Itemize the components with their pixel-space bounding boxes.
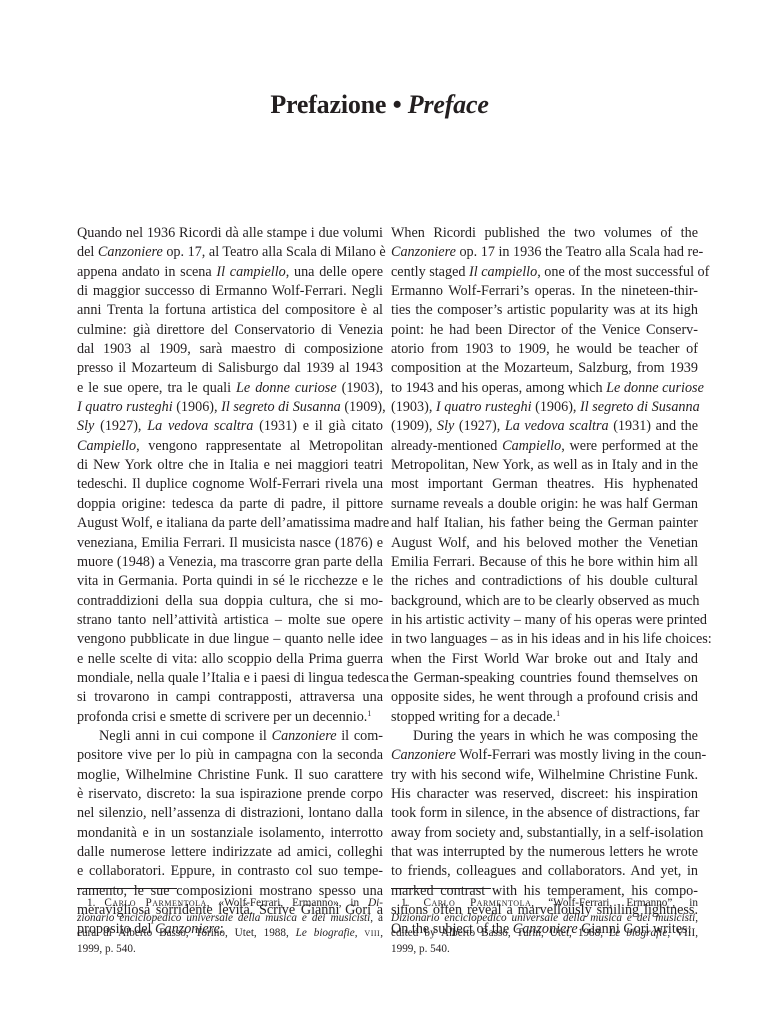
footnote-rule-italian bbox=[77, 888, 177, 889]
text-line: the German-speaking countries found them… bbox=[391, 669, 698, 688]
text-line: the riches and contradictions of his dou… bbox=[391, 572, 698, 591]
text-line: tedeschi. Il duplice cognome Wolf-Ferrar… bbox=[77, 475, 383, 494]
text-line: e le sue opere, tra le quali Le donne cu… bbox=[77, 379, 383, 398]
footnote-italian: 1. Carlo Parmentola, «Wolf-Ferrari, Erma… bbox=[77, 896, 383, 957]
footnote-line: zionario enciclopedico universale della … bbox=[77, 911, 383, 926]
text-line: Negli anni in cui compone il Canzoniere … bbox=[77, 727, 383, 746]
text-line: Sly (1927), La vedova scaltra (1931) e i… bbox=[77, 417, 383, 436]
text-line: di New York oltre che in Italia e nei ma… bbox=[77, 456, 383, 475]
text-line: dalle numerose lettere indirizzate ad am… bbox=[77, 843, 383, 862]
text-line: vita in Germania. Porta quindi in sé le … bbox=[77, 572, 383, 591]
text-line: mondiale, nella quale l’Italia e i paesi… bbox=[77, 669, 383, 688]
footnote-english: 1. Carlo Parmentola, “Wolf-Ferrari, Erma… bbox=[391, 896, 698, 957]
text-line: atorio from 1903 to 1909, he would be te… bbox=[391, 340, 698, 359]
text-line: August Wolf, and his beloved mother the … bbox=[391, 534, 698, 553]
text-line: During the years in which he was composi… bbox=[391, 727, 698, 746]
italian-column: Quando nel 1936 Ricordi dà alle stampe i… bbox=[77, 224, 383, 940]
footnote-line: edited by Alberto Basso, Turin, Utet, 19… bbox=[391, 926, 698, 941]
text-line: composition at the Mozarteum, Salzburg, … bbox=[391, 359, 698, 378]
text-line: surname reveals a double origin: he was … bbox=[391, 495, 698, 514]
text-line: background, which are to be clearly obse… bbox=[391, 592, 698, 611]
text-line: stopped writing for a decade.1 bbox=[391, 708, 698, 727]
text-line: when the First World War broke out and I… bbox=[391, 650, 698, 669]
text-line: mondanità e in un sostanziale isolamento… bbox=[77, 824, 383, 843]
footnote-line: 1. Carlo Parmentola, «Wolf-Ferrari, Erma… bbox=[77, 896, 383, 911]
english-column: When Ricordi published the two volumes o… bbox=[391, 224, 698, 940]
text-line: di maggior successo di Ermanno Wolf-Ferr… bbox=[77, 282, 383, 301]
text-line: in two languages – as in his ideas and i… bbox=[391, 630, 698, 649]
text-line: When Ricordi published the two volumes o… bbox=[391, 224, 698, 243]
text-line: Canzoniere op. 17 in 1936 the Teatro all… bbox=[391, 243, 698, 262]
text-line: positore vive per lo più in campagna con… bbox=[77, 746, 383, 765]
text-line: Metropolitan, New York, as well as in It… bbox=[391, 456, 698, 475]
text-line: contraddizioni della sua doppia cultura,… bbox=[77, 592, 383, 611]
title-italian: Prefazione bbox=[270, 90, 386, 119]
text-line: profonda crisi e smette di scrivere per … bbox=[77, 708, 383, 727]
text-line: that was interrupted by the numerous let… bbox=[391, 843, 698, 862]
text-line: Canzoniere Wolf-Ferrari was mostly livin… bbox=[391, 746, 698, 765]
text-line: doppia origine: tedesca da parte di padr… bbox=[77, 495, 383, 514]
text-line: presso il Mozarteum di Salisburgo dal 19… bbox=[77, 359, 383, 378]
text-line: del Canzoniere op. 17, al Teatro alla Sc… bbox=[77, 243, 383, 262]
text-line: cently staged Il campiello, one of the m… bbox=[391, 263, 698, 282]
text-line: to 1943 and his operas, among which Le d… bbox=[391, 379, 698, 398]
text-line: Ermanno Wolf-Ferrari’s operas. In the ni… bbox=[391, 282, 698, 301]
text-line: Quando nel 1936 Ricordi dà alle stampe i… bbox=[77, 224, 383, 243]
text-line: His character was reserved, discreet: hi… bbox=[391, 785, 698, 804]
text-line: August Wolf, e italiana da parte dell’am… bbox=[77, 514, 383, 533]
text-line: nel silenzio, nell’assenza di distrazion… bbox=[77, 804, 383, 823]
text-line: anni Trenta la fortuna artistica del com… bbox=[77, 301, 383, 320]
text-line: most important German theatres. His hyph… bbox=[391, 475, 698, 494]
text-line: moglie, Wilhelmine Christine Funk. Il su… bbox=[77, 766, 383, 785]
text-line: e collaboratori. Eppure, in contrasto co… bbox=[77, 862, 383, 881]
text-line: in his artistic activity – many of his o… bbox=[391, 611, 698, 630]
footnote-line: 1999, p. 540. bbox=[77, 942, 383, 957]
text-line: è riservato, discreto: la sua ispirazion… bbox=[77, 785, 383, 804]
text-line: vengono pubblicate in due lingue – quant… bbox=[77, 630, 383, 649]
text-line: Campiello, vengono rappresentate al Metr… bbox=[77, 437, 383, 456]
text-line: opposite sides, he went through a profou… bbox=[391, 688, 698, 707]
text-line: already-mentioned Campiello, were perfor… bbox=[391, 437, 698, 456]
text-line: appena andato in scena Il campiello, una… bbox=[77, 263, 383, 282]
text-line: muore (1948) a Venezia, ma trascorre gra… bbox=[77, 553, 383, 572]
text-line: point: he had been Director of the Venic… bbox=[391, 321, 698, 340]
text-line: try with his second wife, Wilhelmine Chr… bbox=[391, 766, 698, 785]
page-title: Prefazione • Preface bbox=[0, 89, 759, 121]
text-line: (1909), Sly (1927), La vedova scaltra (1… bbox=[391, 417, 698, 436]
footnote-line: 1999, p. 540. bbox=[391, 942, 698, 957]
text-line: veneziana, Emilia Ferrari. Il musicista … bbox=[77, 534, 383, 553]
title-english: Preface bbox=[408, 90, 489, 119]
text-line: Emilia Ferrari. Because of this he bore … bbox=[391, 553, 698, 572]
text-line: and half Italian, his father being the G… bbox=[391, 514, 698, 533]
text-line: dal 1903 al 1909, sarà maestro di compos… bbox=[77, 340, 383, 359]
footnote-line: 1. Carlo Parmentola, “Wolf-Ferrari, Erma… bbox=[391, 896, 698, 911]
text-line: away from society and, substantially, in… bbox=[391, 824, 698, 843]
footnote-line: cura di Alberto Basso, Torino, Utet, 198… bbox=[77, 926, 383, 941]
footnote-rule-english bbox=[391, 888, 491, 889]
text-line: I quatro rusteghi (1906), Il segreto di … bbox=[77, 398, 383, 417]
text-line: took form in silence, in the absence of … bbox=[391, 804, 698, 823]
text-line: (1903), I quatro rusteghi (1906), Il seg… bbox=[391, 398, 698, 417]
title-bullet: • bbox=[393, 90, 402, 119]
footnote-line: Dizionario enciclopedico universale dell… bbox=[391, 911, 698, 926]
text-line: si trovarono in campi contrapposti, attr… bbox=[77, 688, 383, 707]
text-line: culmine: già direttore del Conservatorio… bbox=[77, 321, 383, 340]
text-line: ties the composer’s artistic popularity … bbox=[391, 301, 698, 320]
text-line: to friends, colleagues and collaborators… bbox=[391, 862, 698, 881]
text-line: e nelle scelte di vita: allo scoppio del… bbox=[77, 650, 383, 669]
text-line: strano tanto nell’attività artistica – m… bbox=[77, 611, 383, 630]
